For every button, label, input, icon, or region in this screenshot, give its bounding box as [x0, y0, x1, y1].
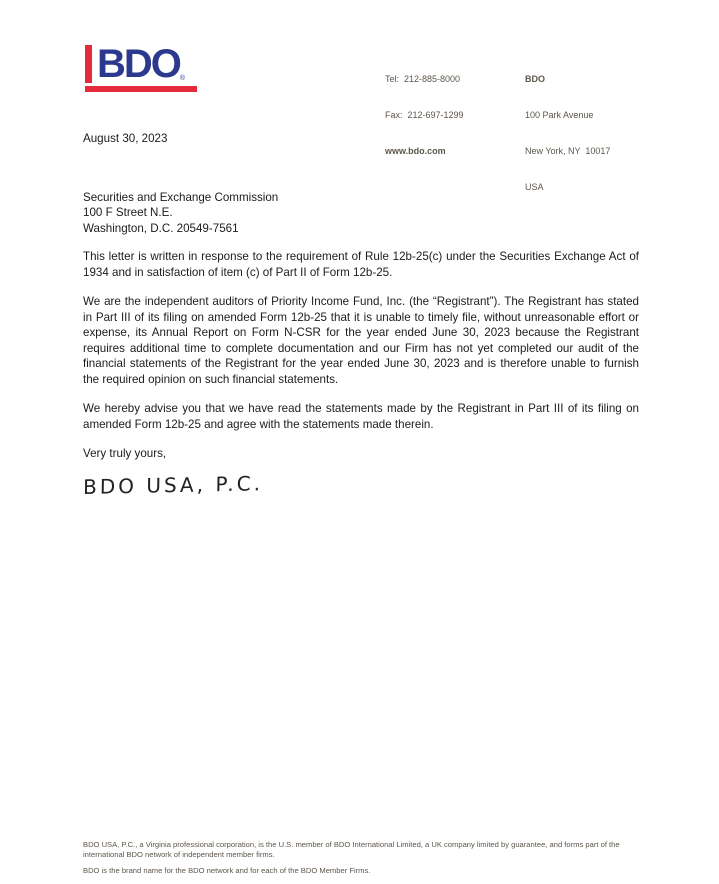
logo-red-vertical-bar — [85, 45, 92, 83]
recipient-block: Securities and Exchange Commission 100 F… — [83, 190, 639, 237]
recipient-street: 100 F Street N.E. — [83, 205, 639, 221]
tel-line: Tel: 212-885-8000 — [385, 73, 464, 85]
footer-brand-note: BDO is the brand name for the BDO networ… — [83, 866, 647, 876]
footer-disclaimer: BDO USA, P.C., a Virginia professional c… — [83, 840, 647, 860]
signature-handwriting: BDO USA, P.C. — [83, 476, 263, 495]
logo-wordmark: BDO — [97, 44, 180, 84]
letter-date: August 30, 2023 — [83, 131, 639, 147]
paragraph-2: We are the independent auditors of Prior… — [83, 294, 639, 387]
bdo-logo: BDO ® — [85, 44, 197, 92]
fax-line: Fax: 212-697-1299 — [385, 109, 464, 121]
office-name: BDO — [525, 73, 610, 85]
logo-red-horizontal-bar — [85, 86, 197, 92]
bdo-logo-row: BDO ® — [85, 44, 197, 84]
letter-body: August 30, 2023 Securities and Exchange … — [83, 131, 639, 498]
registered-trademark-icon: ® — [180, 75, 185, 82]
recipient-city: Washington, D.C. 20549-7561 — [83, 221, 639, 237]
closing-line: Very truly yours, — [83, 446, 639, 462]
recipient-name: Securities and Exchange Commission — [83, 190, 639, 206]
letter-page: BDO ® Tel: 212-885-8000 Fax: 212-697-129… — [0, 0, 719, 884]
footer: BDO USA, P.C., a Virginia professional c… — [83, 840, 647, 876]
office-street: 100 Park Avenue — [525, 109, 610, 121]
paragraph-3: We hereby advise you that we have read t… — [83, 401, 639, 432]
paragraph-1: This letter is written in response to th… — [83, 249, 639, 280]
